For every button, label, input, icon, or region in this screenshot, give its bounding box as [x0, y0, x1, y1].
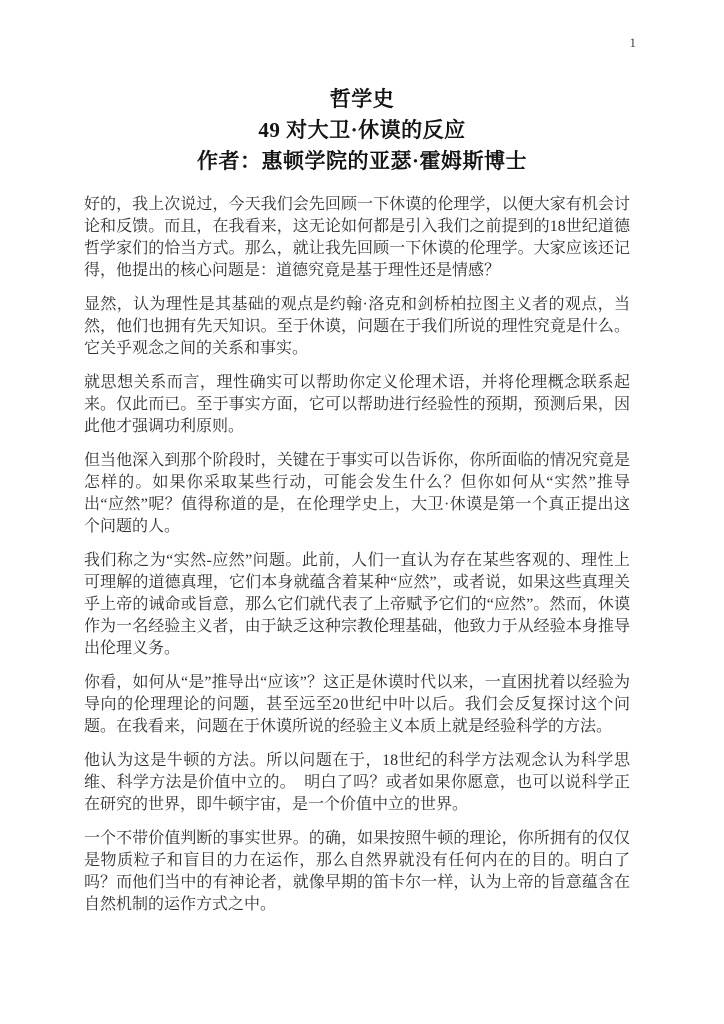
- title-block: 哲学史 49 对大卫·休谟的反应 作者：惠顿学院的亚瑟·霍姆斯博士: [0, 0, 724, 177]
- paragraph: 好的，我上次说过，今天我们会先回顾一下休谟的伦理学，以便大家有机会讨论和反馈。而…: [84, 194, 630, 282]
- paragraph: 就思想关系而言，理性确实可以帮助你定义伦理术语，并将伦理概念联系起来。仅此而已。…: [84, 372, 630, 438]
- paragraph: 但当他深入到那个阶段时，关键在于事实可以告诉你，你所面临的情况究竟是怎样的。如果…: [84, 450, 630, 538]
- paragraph: 他认为这是牛顿的方法。所以问题在于，18世纪的科学方法观念认为科学思维、科学方法…: [84, 750, 630, 816]
- doc-title: 哲学史: [0, 84, 724, 115]
- paragraph: 我们称之为“实然-应然”问题。此前，人们一直认为存在某些客观的、理性上可理解的道…: [84, 550, 630, 660]
- document-page: 1 哲学史 49 对大卫·休谟的反应 作者：惠顿学院的亚瑟·霍姆斯博士 好的，我…: [0, 0, 724, 1024]
- document-body: 好的，我上次说过，今天我们会先回顾一下休谟的伦理学，以便大家有机会讨论和反馈。而…: [84, 194, 630, 916]
- paragraph: 显然，认为理性是其基础的观点是约翰·洛克和剑桥柏拉图主义者的观点，当然，他们也拥…: [84, 294, 630, 360]
- page-number: 1: [630, 36, 637, 49]
- paragraph: 你看，如何从“是”推导出“应该”？这正是休谟时代以来，一直困扰着以经验为导向的伦…: [84, 672, 630, 738]
- paragraph: 一个不带价值判断的事实世界。的确，如果按照牛顿的理论，你所拥有的仅仅是物质粒子和…: [84, 828, 630, 916]
- doc-author-line: 作者：惠顿学院的亚瑟·霍姆斯博士: [0, 146, 724, 177]
- doc-chapter-title: 49 对大卫·休谟的反应: [0, 115, 724, 146]
